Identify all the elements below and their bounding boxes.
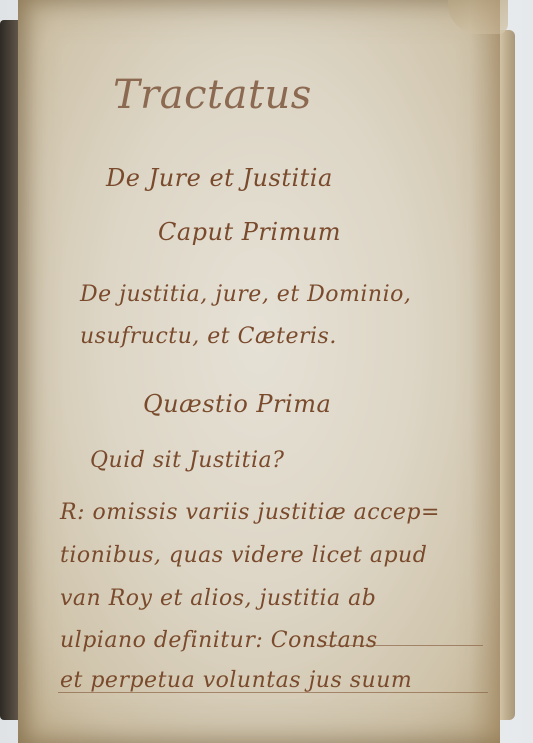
underline xyxy=(318,645,483,646)
body-line: et perpetua voluntas jus suum xyxy=(60,668,412,693)
manuscript-subtitle: De Jure et Justitia xyxy=(106,164,333,192)
manuscript-title: Tractatus xyxy=(113,72,312,118)
manuscript-page: Tractatus De Jure et Justitia Caput Prim… xyxy=(18,0,500,743)
chapter-topic-line-1: De justitia, jure, et Dominio, xyxy=(80,282,411,307)
question-heading: Quæstio Prima xyxy=(143,390,331,418)
body-line: R: omissis variis justitiæ accep= xyxy=(60,500,440,525)
underline xyxy=(58,692,488,693)
folded-corner xyxy=(448,0,508,34)
chapter-heading: Caput Primum xyxy=(158,218,341,246)
question-text: Quid sit Justitia? xyxy=(90,448,284,473)
chapter-topic-line-2: usufructu, et Cæteris. xyxy=(80,324,337,349)
body-line: tionibus, quas videre licet apud xyxy=(60,543,427,568)
body-line: van Roy et alios, justitia ab xyxy=(60,586,376,611)
body-line: ulpiano definitur: Constans xyxy=(60,628,378,653)
